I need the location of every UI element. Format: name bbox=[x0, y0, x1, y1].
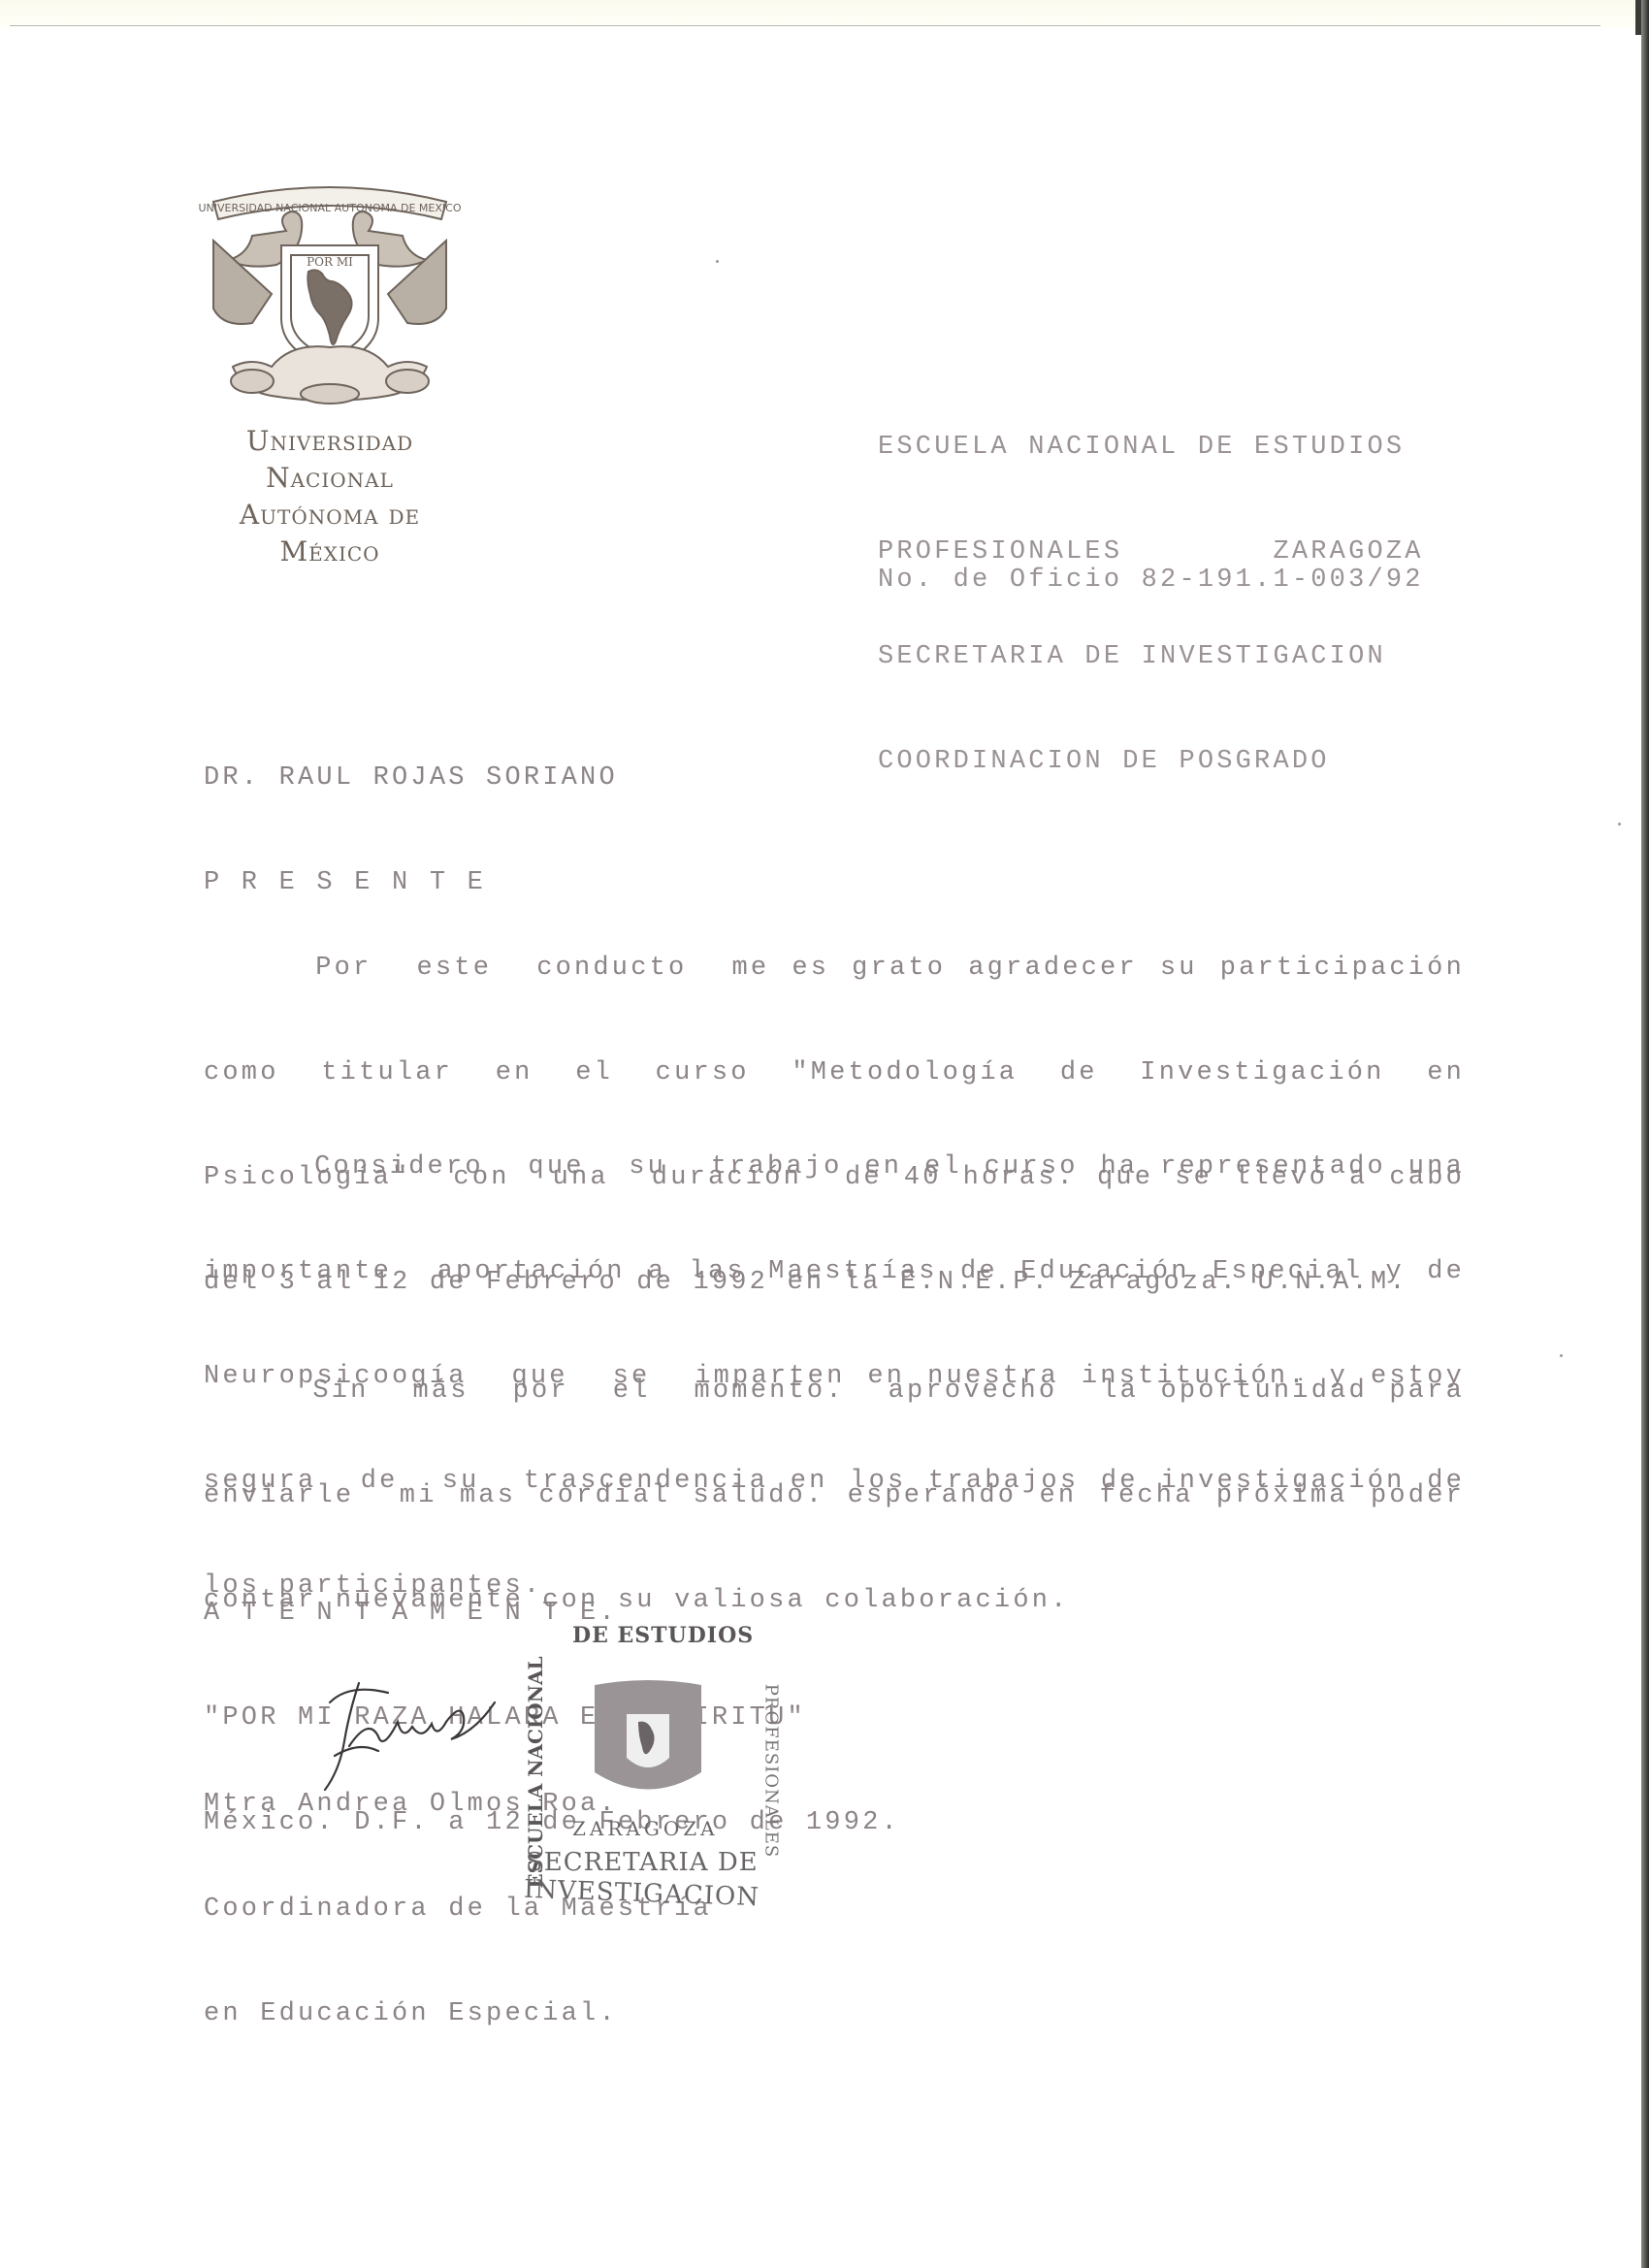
institution-line: COORDINACION DE POSGRADO bbox=[878, 744, 1424, 779]
university-name-line: Universidad Nacional bbox=[184, 423, 475, 497]
seal-top-text: DE ESTUDIOS bbox=[572, 1623, 754, 1648]
scan-top-edge bbox=[0, 0, 1649, 27]
official-seal: DE ESTUDIOS ESCUELA NACIONAL PROFESIONAL… bbox=[504, 1615, 795, 1926]
signature-icon bbox=[291, 1664, 504, 1799]
scan-speck bbox=[1618, 823, 1621, 826]
unam-crest-icon: UNIVERSIDAD NACIONAL AUTONOMA DE MEXICO … bbox=[194, 173, 466, 415]
signer-title: en Educación Especial. bbox=[204, 1996, 712, 2031]
university-name-line: Autónoma de bbox=[184, 497, 475, 534]
svg-text:UNIVERSIDAD NACIONAL AUTONOMA: UNIVERSIDAD NACIONAL AUTONOMA DE MEXICO bbox=[199, 202, 462, 214]
paragraph-line: Considero que su trabajo en el curso ha … bbox=[204, 1150, 1465, 1184]
recipient-name: DR. RAUL ROJAS SORIANO bbox=[204, 761, 618, 795]
institution-line: ESCUELA NACIONAL DE ESTUDIOS bbox=[878, 430, 1424, 465]
seal-right-text: PROFESIONALES bbox=[761, 1665, 782, 1878]
paragraph-line: Sin más por el momento. aprovecho la opo… bbox=[204, 1374, 1465, 1409]
institution-line: SECRETARIA DE INVESTIGACION bbox=[878, 639, 1424, 674]
scan-right-edge bbox=[1641, 0, 1649, 2268]
paragraph-line: enviarle mi mas cordial saludo. esperand… bbox=[204, 1478, 1465, 1513]
oficio-number: No. de Oficio 82-191.1-003/92 bbox=[878, 563, 1424, 598]
svg-text:POR MI: POR MI bbox=[307, 255, 353, 269]
university-name: Universidad Nacional Autónoma de México bbox=[184, 423, 475, 570]
scan-edge-line bbox=[10, 25, 1600, 26]
paragraph-line: importante aportación a las Maestrías de… bbox=[204, 1254, 1465, 1289]
paragraph-line: Por este conducto me es grato agradecer … bbox=[204, 951, 1465, 986]
seal-department-line: INVESTIGACION bbox=[524, 1875, 760, 1912]
scan-speck bbox=[1560, 1354, 1563, 1357]
university-name-line: México bbox=[184, 534, 475, 570]
seal-bottom-text: ZARAGOZA bbox=[572, 1817, 719, 1840]
seal-department-line: SECRETARIA DE bbox=[526, 1848, 759, 1877]
seal-crest-icon bbox=[590, 1675, 706, 1801]
scan-speck bbox=[716, 260, 719, 263]
